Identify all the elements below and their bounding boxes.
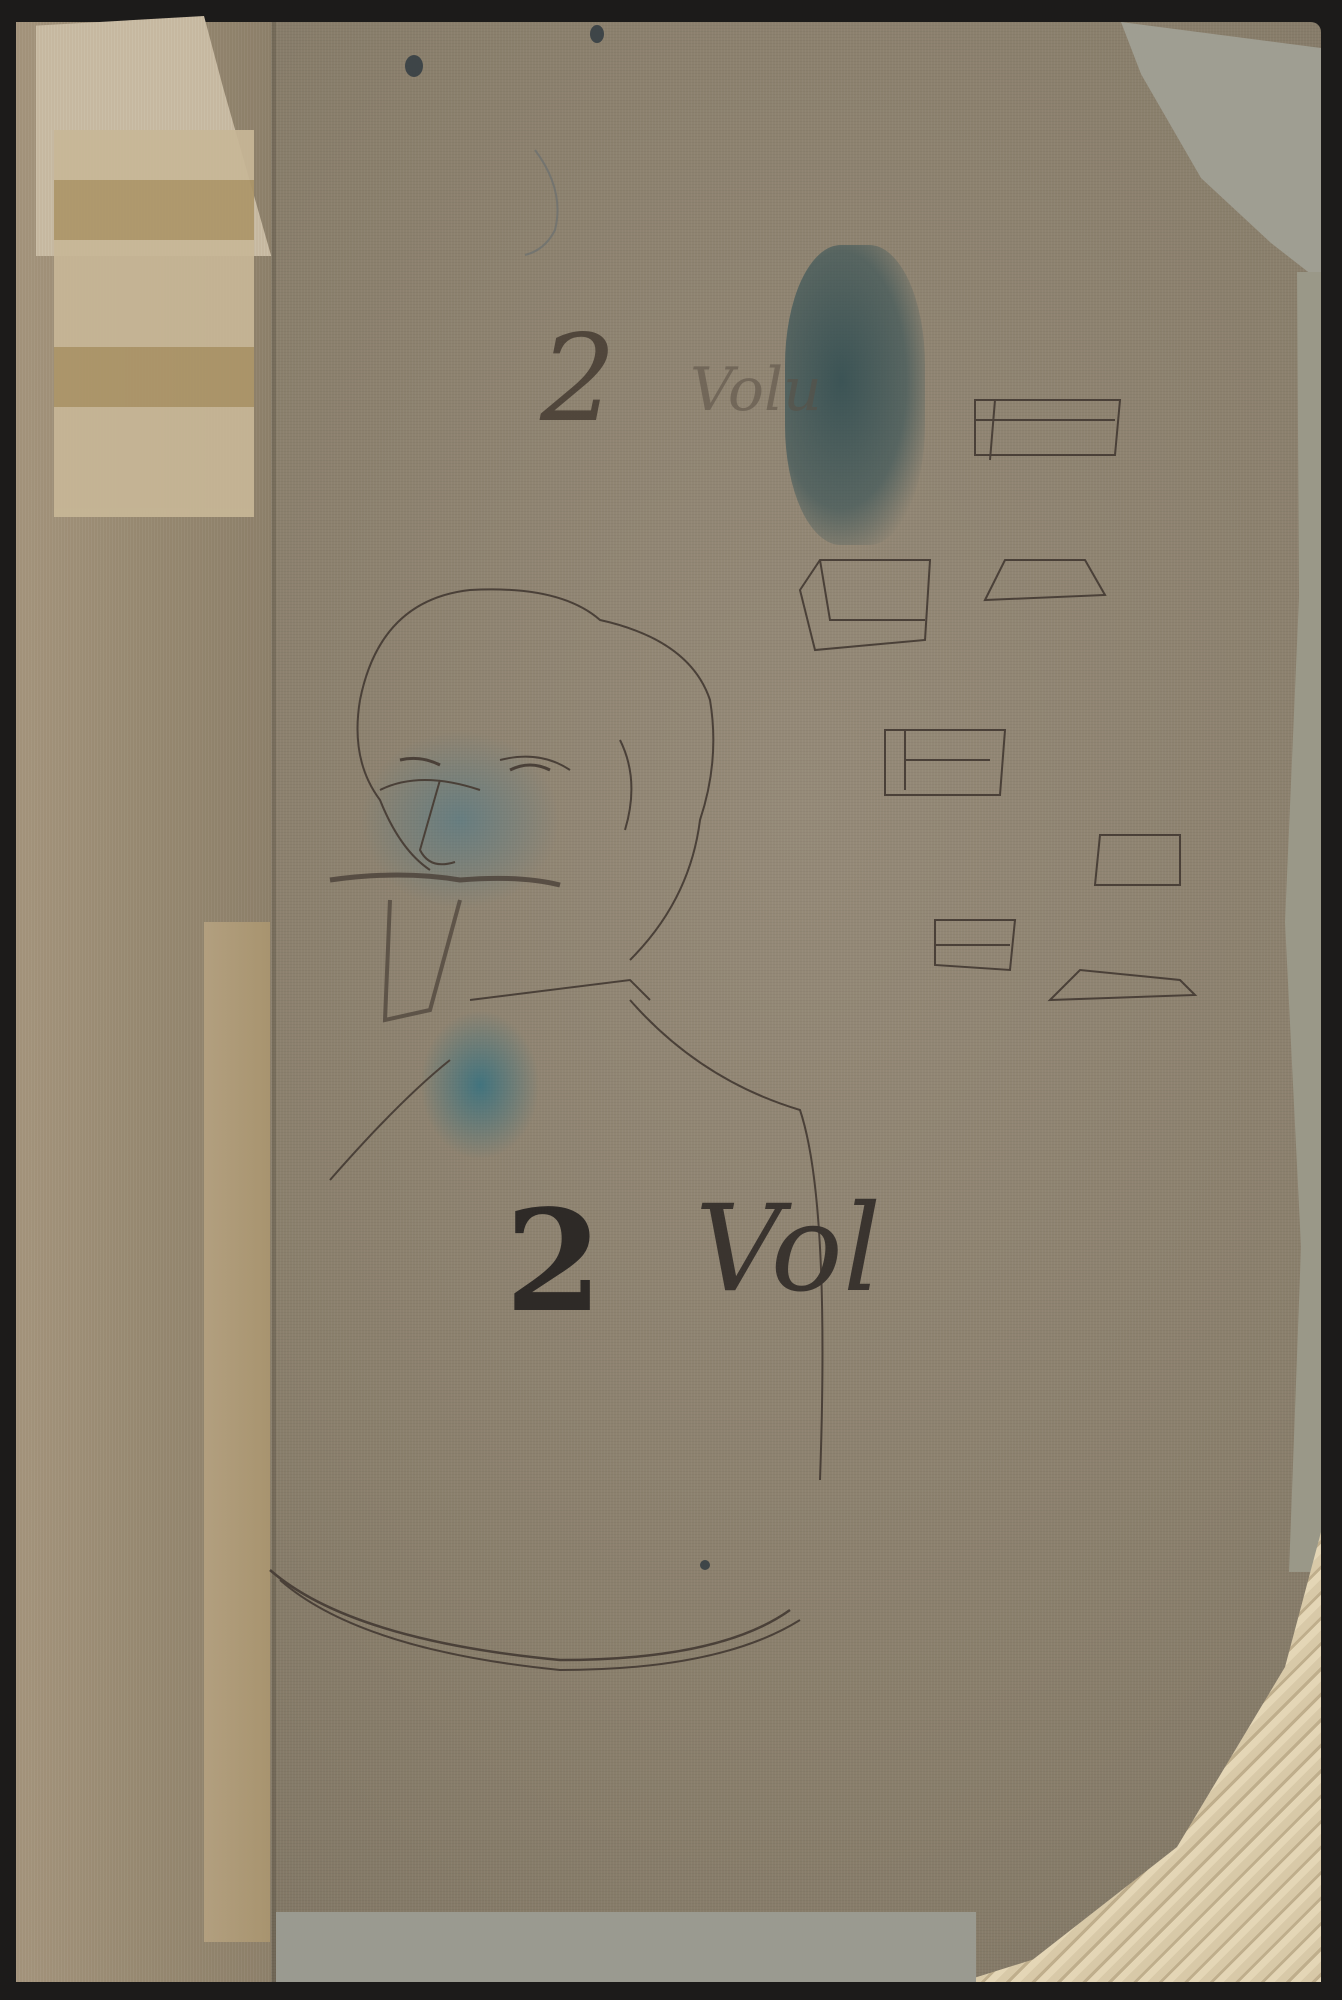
upper-volume-text: Volu: [690, 355, 822, 425]
faint-crescent: [525, 150, 558, 255]
pencil-sketches: [0, 0, 1342, 2000]
geometric-sketches: [800, 400, 1195, 1000]
lower-volume-number: 2: [505, 1180, 602, 1344]
portrait-sketch: [270, 589, 823, 1670]
lower-volume-text: Vol: [695, 1180, 881, 1319]
upper-volume-number: 2: [540, 310, 616, 449]
